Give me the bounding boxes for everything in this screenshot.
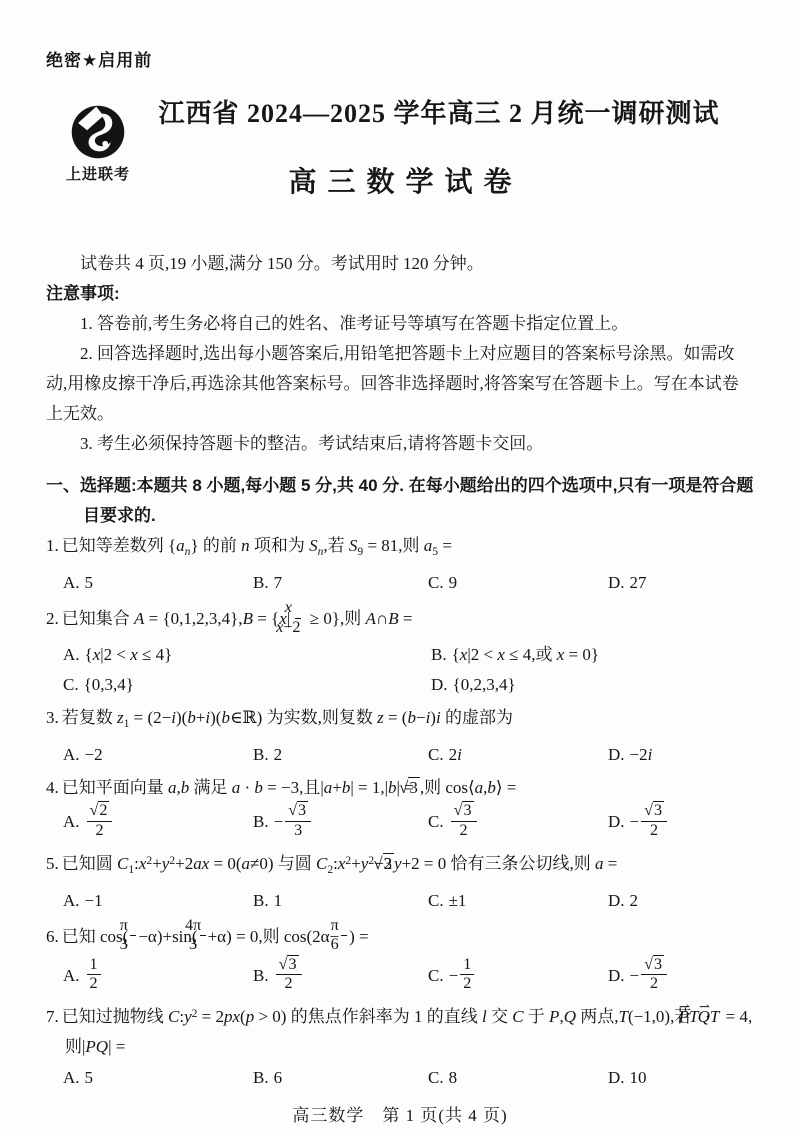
notice-item-3: 3. 考生必须保持答题卡的整洁。考试结束后,请将答题卡交回。 — [46, 429, 754, 459]
option-value: ±1 — [449, 891, 467, 910]
option-item: B.−√33 — [253, 804, 428, 842]
question-number: 3. — [46, 708, 59, 727]
option-item: D.−√32 — [608, 958, 754, 996]
option-value: {0,3,4} — [84, 675, 134, 694]
option-label: C. — [428, 1068, 444, 1087]
question-list: 1.已知等差数列 {an} 的前 n 项和为 Sn,若 S9 = 81,则 a5… — [46, 531, 754, 1093]
option-label: D. — [608, 891, 625, 910]
question-text: 6.已知 cos(π3−α)+sin(4π3+α) = 0,则 cos(2α−π… — [46, 919, 754, 957]
option-label: D. — [608, 812, 625, 831]
option-value: 6 — [274, 1068, 283, 1087]
option-item: A.√22 — [63, 804, 253, 842]
question-stem: 已知过抛物线 C:y2 = 2px(p > 0) 的焦点作斜率为 1 的直线 l… — [62, 1007, 752, 1056]
question-options: A.{x|2 < x ≤ 4} B.{x|2 < x ≤ 4,或 x = 0} … — [46, 640, 754, 700]
option-value: 8 — [449, 1068, 458, 1087]
section-title: 一、选择题:本题共 8 小题,每小题 5 分,共 40 分. 在每小题给出的四个… — [46, 471, 754, 531]
option-label: B. — [253, 573, 269, 592]
option-label: D. — [608, 1068, 625, 1087]
option-item: A.12 — [63, 958, 253, 996]
notice-title: 注意事项: — [46, 279, 754, 309]
option-item: C.{0,3,4} — [63, 670, 431, 700]
option-value: −2i — [630, 745, 653, 764]
option-label: D. — [431, 675, 448, 694]
question-options: A.12 B.√32 C.−12 D.−√32 — [46, 958, 754, 996]
option-value: 2i — [449, 745, 462, 764]
option-label: C. — [428, 573, 444, 592]
option-label: A. — [63, 812, 80, 831]
option-value: 9 — [449, 573, 458, 592]
option-value: 12 — [85, 966, 103, 985]
option-item: C.√32 — [428, 804, 608, 842]
question-item: 7.已知过抛物线 C:y2 = 2px(p > 0) 的焦点作斜率为 1 的直线… — [46, 999, 754, 1093]
secrecy-label: 绝密★启用前 — [46, 46, 754, 71]
question-item: 5.已知圆 C1:x2+y2+2ax = 0(a≠0) 与圆 C2:x2+y2−… — [46, 845, 754, 915]
question-number: 4. — [46, 778, 59, 797]
exam-page: 绝密★启用前 上进联考 江西省 2024—2025 学年高三 2 月统一调研测试… — [0, 0, 800, 1131]
option-label: A. — [63, 745, 80, 764]
exam-header: 上进联考 江西省 2024—2025 学年高三 2 月统一调研测试 高三数学试卷 — [46, 93, 754, 245]
exam-title: 江西省 2024—2025 学年高三 2 月统一调研测试 — [46, 93, 754, 130]
option-label: D. — [608, 966, 625, 985]
option-item: A.5 — [63, 568, 253, 598]
option-label: C. — [428, 966, 444, 985]
option-label: A. — [63, 645, 80, 664]
option-item: B.√32 — [253, 958, 428, 996]
option-item: A.5 — [63, 1063, 253, 1093]
question-text: 5.已知圆 C1:x2+y2+2ax = 0(a≠0) 与圆 C2:x2+y2−… — [46, 845, 754, 884]
option-item: C.±1 — [428, 886, 608, 916]
option-item: A.−2 — [63, 740, 253, 770]
option-item: B.{x|2 < x ≤ 4,或 x = 0} — [431, 640, 754, 670]
option-value: √22 — [85, 812, 115, 831]
question-text: 2.已知集合 A = {0,1,2,3,4},B = {x|xx−2 ≥ 0},… — [46, 601, 754, 639]
option-label: A. — [63, 966, 80, 985]
option-item: C.9 — [428, 568, 608, 598]
question-options: A.5 B.7 C.9 D.27 — [46, 568, 754, 598]
option-value: −√33 — [274, 812, 314, 831]
option-label: C. — [428, 812, 444, 831]
option-item: C.8 — [428, 1063, 608, 1093]
question-item: 1.已知等差数列 {an} 的前 n 项和为 Sn,若 S9 = 81,则 a5… — [46, 531, 754, 598]
question-stem: 已知圆 C1:x2+y2+2ax = 0(a≠0) 与圆 C2:x2+y2−2√… — [62, 854, 618, 873]
question-item: 6.已知 cos(π3−α)+sin(4π3+α) = 0,则 cos(2α−π… — [46, 919, 754, 996]
option-label: B. — [253, 1068, 269, 1087]
option-value: √32 — [449, 812, 479, 831]
question-item: 2.已知集合 A = {0,1,2,3,4},B = {x|xx−2 ≥ 0},… — [46, 601, 754, 700]
option-item: D.10 — [608, 1063, 754, 1093]
question-item: 3.若复数 z1 = (2−i)(b+i)(b∈ℝ) 为实数,则复数 z = (… — [46, 703, 754, 770]
question-stem: 若复数 z1 = (2−i)(b+i)(b∈ℝ) 为实数,则复数 z = (b−… — [62, 708, 513, 727]
option-value: −2 — [85, 745, 103, 764]
exam-intro: 试卷共 4 页,19 小题,满分 150 分。考试用时 120 分钟。 — [46, 249, 754, 279]
option-label: B. — [253, 745, 269, 764]
option-item: D.2 — [608, 886, 754, 916]
option-item: C.−12 — [428, 958, 608, 996]
question-text: 1.已知等差数列 {an} 的前 n 项和为 Sn,若 S9 = 81,则 a5… — [46, 531, 754, 567]
option-label: C. — [63, 675, 79, 694]
question-number: 1. — [46, 536, 59, 555]
option-value: −√32 — [630, 812, 670, 831]
option-value: 2 — [630, 891, 639, 910]
option-value: 10 — [630, 1068, 647, 1087]
notice-item-2: 2. 回答选择题时,选出每小题答案后,用铅笔把答题卡上对应题目的答案标号涂黑。如… — [46, 339, 754, 429]
exam-logo: 上进联考 — [52, 103, 144, 184]
option-value: −√32 — [630, 966, 670, 985]
paper-title: 高三数学试卷 — [46, 160, 754, 200]
option-item: C.2i — [428, 740, 608, 770]
option-label: D. — [608, 745, 625, 764]
question-stem: 已知平面向量 a,b 满足 a · b = −3,且|a+b| = 1,|b| … — [62, 778, 517, 797]
question-stem: 已知集合 A = {0,1,2,3,4},B = {x|xx−2 ≥ 0},则 … — [62, 609, 413, 628]
option-label: B. — [431, 645, 447, 664]
question-number: 6. — [46, 927, 59, 946]
question-options: A.5 B.6 C.8 D.10 — [46, 1063, 754, 1093]
option-label: B. — [253, 966, 269, 985]
question-stem: 已知等差数列 {an} 的前 n 项和为 Sn,若 S9 = 81,则 a5 = — [62, 536, 452, 555]
logo-text: 上进联考 — [52, 163, 144, 184]
option-label: A. — [63, 891, 80, 910]
option-item: A.−1 — [63, 886, 253, 916]
option-value: −1 — [85, 891, 103, 910]
option-label: B. — [253, 891, 269, 910]
option-label: A. — [63, 573, 80, 592]
notice-item-1: 1. 答卷前,考生务必将自己的姓名、准考证号等填写在答题卡指定位置上。 — [46, 309, 754, 339]
option-label: C. — [428, 891, 444, 910]
option-value: 5 — [85, 1068, 94, 1087]
question-item: 4.已知平面向量 a,b 满足 a · b = −3,且|a+b| = 1,|b… — [46, 773, 754, 842]
option-item: A.{x|2 < x ≤ 4} — [63, 640, 431, 670]
page-footer: 高三数学 第 1 页(共 4 页) — [46, 1101, 754, 1126]
question-options: A.−2 B.2 C.2i D.−2i — [46, 740, 754, 770]
question-number: 7. — [46, 1007, 59, 1026]
option-value: 27 — [630, 573, 647, 592]
question-options: A.−1 B.1 C.±1 D.2 — [46, 886, 754, 916]
question-text: 4.已知平面向量 a,b 满足 a · b = −3,且|a+b| = 1,|b… — [46, 773, 754, 803]
option-value: √32 — [274, 966, 304, 985]
option-value: {x|2 < x ≤ 4} — [85, 645, 173, 664]
option-item: B.1 — [253, 886, 428, 916]
option-item: B.6 — [253, 1063, 428, 1093]
option-value: 5 — [85, 573, 94, 592]
option-label: D. — [608, 573, 625, 592]
question-text: 3.若复数 z1 = (2−i)(b+i)(b∈ℝ) 为实数,则复数 z = (… — [46, 703, 754, 739]
option-item: D.27 — [608, 568, 754, 598]
option-value: 2 — [274, 745, 283, 764]
option-item: D.−2i — [608, 740, 754, 770]
question-stem: 已知 cos(π3−α)+sin(4π3+α) = 0,则 cos(2α−π6)… — [62, 927, 369, 946]
question-options: A.√22 B.−√33 C.√32 D.−√32 — [46, 804, 754, 842]
option-item: D.−√32 — [608, 804, 754, 842]
option-value: 1 — [274, 891, 283, 910]
question-number: 2. — [46, 609, 59, 628]
option-label: C. — [428, 745, 444, 764]
option-label: B. — [253, 812, 269, 831]
option-item: B.7 — [253, 568, 428, 598]
question-text: 7.已知过抛物线 C:y2 = 2px(p > 0) 的焦点作斜率为 1 的直线… — [46, 999, 754, 1062]
option-value: {x|2 < x ≤ 4,或 x = 0} — [452, 645, 599, 664]
option-value: −12 — [449, 966, 477, 985]
option-label: A. — [63, 1068, 80, 1087]
question-number: 5. — [46, 854, 59, 873]
shangjin-logo-icon — [69, 103, 127, 161]
option-value: {0,2,3,4} — [453, 675, 516, 694]
option-item: D.{0,2,3,4} — [431, 670, 754, 700]
option-value: 7 — [274, 573, 283, 592]
option-item: B.2 — [253, 740, 428, 770]
